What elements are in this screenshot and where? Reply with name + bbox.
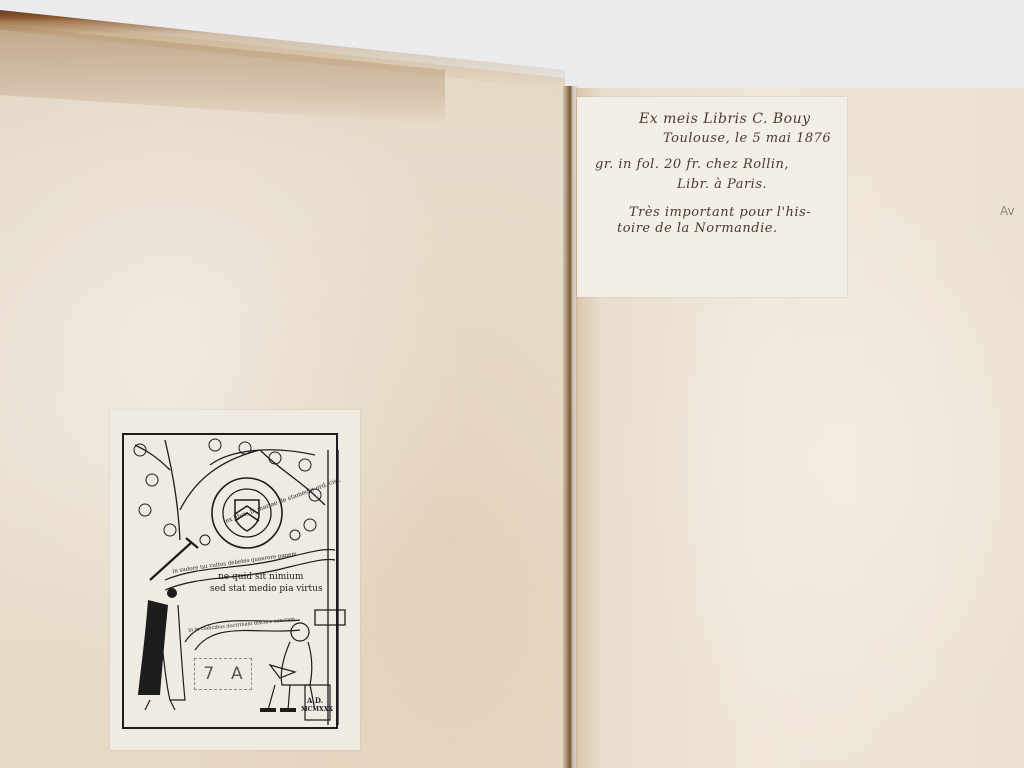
motto-line-1: ne quid sit nimium: [218, 572, 303, 582]
date-label: A.D.: [307, 696, 323, 705]
note-line-3: gr. in fol. 20 fr. chez Rollin,: [595, 157, 789, 172]
note-line-1: Ex meis Libris C. Bouy: [639, 111, 811, 127]
ex-libris-bookplate: ex libris b. mariae de stamedio ord. cis…: [110, 410, 360, 750]
shelfmark-number: 7: [203, 664, 214, 684]
margin-mark: Av: [1000, 204, 1015, 218]
note-line-2: Toulouse, le 5 mai 1876: [663, 131, 831, 146]
date-value: MCMXXX: [301, 706, 333, 713]
note-line-4: Libr. à Paris.: [677, 177, 767, 192]
note-line-6: toire de la Normandie.: [617, 221, 778, 236]
motto-line-2: sed stat medio pia virtus: [210, 584, 323, 594]
shelfmark-label: 7 A: [194, 658, 252, 690]
note-line-5: Très important pour l'his-: [629, 205, 811, 220]
shelfmark-letter: A: [231, 664, 243, 684]
provenance-note: Ex meis Libris C. Bouy Toulouse, le 5 ma…: [577, 97, 847, 297]
